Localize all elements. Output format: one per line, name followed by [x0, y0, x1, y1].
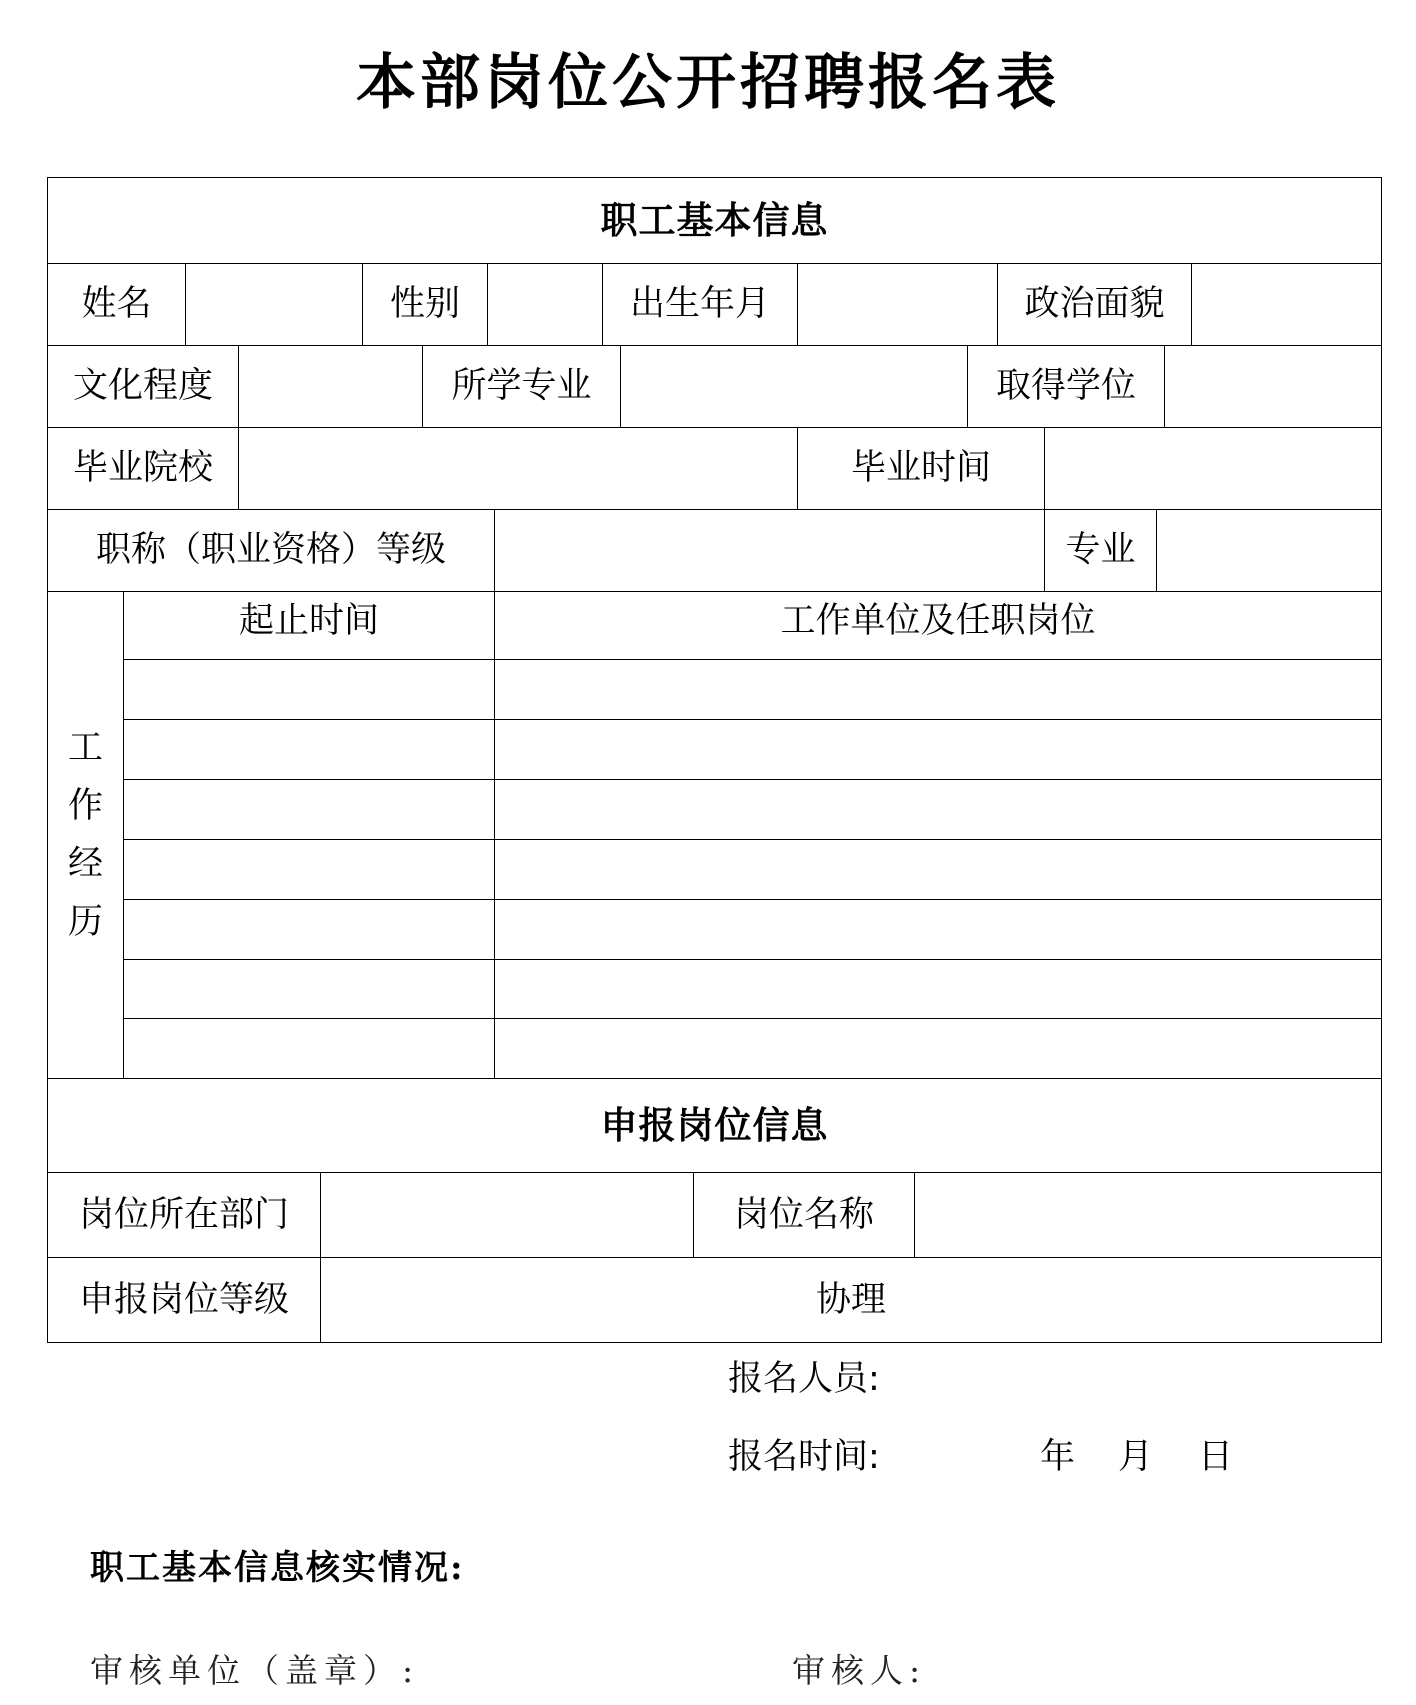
- degree-label-text: 取得学位: [996, 369, 1136, 404]
- position-level-field[interactable]: 协理: [320, 1257, 1382, 1343]
- department-label: 岗位所在部门: [47, 1172, 321, 1258]
- department-label-text: 岗位所在部门: [79, 1198, 289, 1233]
- date-day: 日: [1198, 1440, 1233, 1475]
- political-status-field[interactable]: [1191, 263, 1382, 346]
- work-row-5-employer[interactable]: [494, 899, 1382, 960]
- name-field[interactable]: [185, 263, 363, 346]
- work-row-3-employer[interactable]: [494, 779, 1382, 840]
- position-level-value: 协理: [816, 1283, 886, 1318]
- work-row-5-period[interactable]: [123, 899, 495, 960]
- name-label: 姓名: [47, 263, 186, 346]
- work-row-6-period[interactable]: [123, 959, 495, 1019]
- gender-label: 性别: [362, 263, 488, 346]
- work-row-2-period[interactable]: [123, 719, 495, 780]
- major-label-text: 所学专业: [451, 369, 591, 404]
- birth-date-label: 出生年月: [602, 263, 798, 346]
- section-header-basic-info: 职工基本信息: [47, 177, 1382, 264]
- work-row-4-employer[interactable]: [494, 839, 1382, 900]
- work-history-vertical-text: 工 作 经 历: [68, 731, 103, 940]
- section-title-position-info: 申报岗位信息: [601, 1107, 829, 1144]
- degree-field[interactable]: [1164, 345, 1382, 428]
- department-field[interactable]: [320, 1172, 694, 1258]
- name-label-text: 姓名: [81, 287, 151, 322]
- work-row-2-employer[interactable]: [494, 719, 1382, 780]
- review-unit-label: 审核单位（盖章）:: [90, 1645, 419, 1692]
- graduation-time-label: 毕业时间: [797, 427, 1045, 510]
- professional-title-label: 职称（职业资格）等级: [47, 509, 495, 592]
- section-title-basic-info: 职工基本信息: [601, 202, 829, 239]
- gender-field[interactable]: [487, 263, 603, 346]
- specialty-label: 专业: [1044, 509, 1157, 592]
- work-row-7-employer[interactable]: [494, 1018, 1382, 1079]
- political-status-label-text: 政治面貌: [1024, 287, 1164, 322]
- work-history-char: 工: [68, 731, 103, 766]
- graduation-time-label-text: 毕业时间: [851, 451, 991, 486]
- position-name-field[interactable]: [914, 1172, 1382, 1258]
- graduation-time-field[interactable]: [1044, 427, 1382, 510]
- professional-title-label-text: 职称（职业资格）等级: [96, 533, 446, 568]
- application-date-label: 报名时间:: [728, 1440, 880, 1475]
- birth-date-label-text: 出生年月: [630, 287, 770, 322]
- political-status-label: 政治面貌: [997, 263, 1192, 346]
- school-field[interactable]: [238, 427, 798, 510]
- work-row-3-period[interactable]: [123, 779, 495, 840]
- date-month: 月: [1118, 1440, 1153, 1475]
- specialty-label-text: 专业: [1065, 533, 1135, 568]
- birth-date-field[interactable]: [797, 263, 998, 346]
- work-history-char: 作: [68, 789, 103, 824]
- work-history-char: 经: [68, 847, 103, 882]
- position-name-label: 岗位名称: [693, 1172, 915, 1258]
- verification-title: 职工基本信息核实情况:: [90, 1540, 465, 1589]
- position-level-label: 申报岗位等级: [47, 1257, 321, 1343]
- applicant-label: 报名人员:: [728, 1362, 880, 1397]
- gender-label-text: 性别: [390, 287, 460, 322]
- section-header-position-info: 申报岗位信息: [47, 1078, 1382, 1173]
- work-row-4-period[interactable]: [123, 839, 495, 900]
- education-label-text: 文化程度: [73, 369, 213, 404]
- column-header-period-text: 起止时间: [239, 604, 379, 639]
- date-year: 年: [1040, 1440, 1075, 1475]
- degree-label: 取得学位: [967, 345, 1165, 428]
- column-header-employer-position: 工作单位及任职岗位: [494, 591, 1382, 660]
- work-history-char: 历: [68, 905, 103, 940]
- specialty-field[interactable]: [1156, 509, 1382, 592]
- work-row-1-employer[interactable]: [494, 659, 1382, 720]
- work-row-1-period[interactable]: [123, 659, 495, 720]
- work-row-7-period[interactable]: [123, 1018, 495, 1079]
- work-row-6-employer[interactable]: [494, 959, 1382, 1019]
- reviewer-label: 审核人:: [792, 1645, 926, 1692]
- professional-title-field[interactable]: [494, 509, 1045, 592]
- position-name-label-text: 岗位名称: [734, 1198, 874, 1233]
- education-field[interactable]: [238, 345, 423, 428]
- school-label: 毕业院校: [47, 427, 239, 510]
- school-label-text: 毕业院校: [73, 451, 213, 486]
- work-history-label: 工 作 经 历: [47, 591, 124, 1079]
- column-header-employer-position-text: 工作单位及任职岗位: [780, 604, 1095, 639]
- major-field[interactable]: [620, 345, 968, 428]
- column-header-period: 起止时间: [123, 591, 495, 660]
- major-label: 所学专业: [422, 345, 621, 428]
- position-level-label-text: 申报岗位等级: [79, 1283, 289, 1318]
- education-label: 文化程度: [47, 345, 239, 428]
